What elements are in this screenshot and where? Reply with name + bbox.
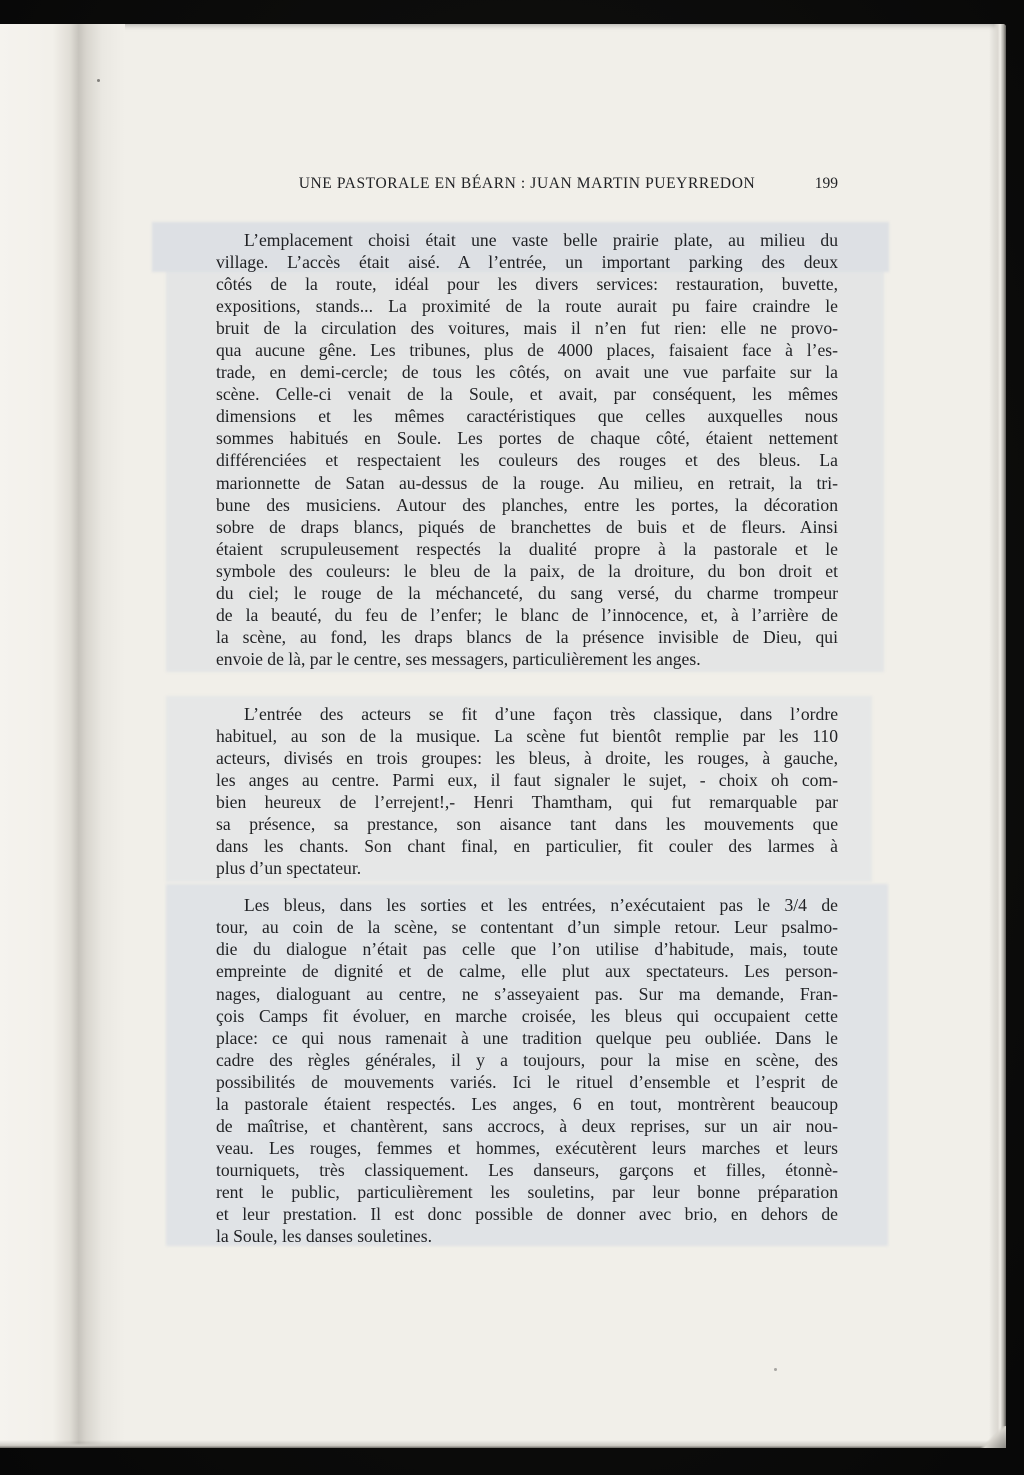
text-line: place: ce qui nous ramenait à une tradit… (216, 1027, 838, 1049)
text-line: dimensions et les mêmes caractéristiques… (216, 405, 838, 427)
text-line: du ciel; le rouge de la méchanceté, du s… (216, 582, 838, 604)
text-line: rent le public, particulièrement les sou… (216, 1181, 838, 1203)
text-line: çois Camps fit évoluer, en marche croisé… (216, 1005, 838, 1027)
text-line: symbole des couleurs: le bleu de la paix… (216, 560, 838, 582)
text-line: côtés de la route, idéal pour les divers… (216, 273, 838, 295)
text-line: bruit de la circulation des voitures, ma… (216, 317, 838, 339)
text-line: expositions, stands... La proximité de l… (216, 295, 838, 317)
text-line: de maîtrise, et chantèrent, sans accrocs… (216, 1115, 838, 1137)
text-line: dans les chants. Son chant final, en par… (216, 835, 838, 857)
text-line: Les bleus, dans les sorties et les entré… (216, 894, 838, 916)
text-line: village. L’accès était aisé. A l’entrée,… (216, 251, 838, 273)
text-line: la pastorale étaient respectés. Les ange… (216, 1093, 838, 1115)
text-line: la scène, au fond, les draps blancs de l… (216, 626, 838, 648)
text-line: et leur prestation. Il est donc possible… (216, 1203, 838, 1225)
text-line: envoie de là, par le centre, ses message… (216, 648, 838, 670)
text-line: sa présence, sa prestance, son aisance t… (216, 813, 838, 835)
paragraph: L’entrée des acteurs se fit d’une façon … (216, 703, 838, 879)
text-line: différenciées et respectaient les couleu… (216, 449, 838, 471)
text-line: bien heureux de l’errejent!,- Henri Tham… (216, 791, 838, 813)
text-line: sobre de draps blancs, piqués de branche… (216, 516, 838, 538)
text-line: veau. Les rouges, femmes et hommes, exéc… (216, 1137, 838, 1159)
paragraph: L’emplacement choisi était une vaste bel… (216, 229, 838, 670)
dust-speck (97, 79, 100, 82)
text-line: nages, dialoguant au centre, ne s’asseya… (216, 983, 838, 1005)
text-line: possibilités de mouvements variés. Ici l… (216, 1071, 838, 1093)
text-line: la Soule, les danses souletines. (216, 1225, 838, 1247)
text-line: empreinte de dignité et de calme, elle p… (216, 960, 838, 982)
text-line: cadre des règles générales, il y a toujo… (216, 1049, 838, 1071)
text-line: tour, au coin de la scène, se contentant… (216, 916, 838, 938)
text-line: acteurs, divisés en trois groupes: les b… (216, 747, 838, 769)
text-line: de la beauté, du feu de l’enfer; le blan… (216, 604, 838, 626)
dust-speck (774, 1368, 777, 1371)
text-line: plus d’un spectateur. (216, 857, 838, 879)
body-text: L’emplacement choisi était une vaste bel… (216, 229, 838, 1247)
text-line: habituel, au son de la musique. La scène… (216, 725, 838, 747)
text-line: bune des musiciens. Autour des planches,… (216, 494, 838, 516)
text-line: qua aucune gêne. Les tribunes, plus de 4… (216, 339, 838, 361)
running-header-title: UNE PASTORALE EN BÉARN : JUAN MARTIN PUE… (299, 175, 756, 192)
text-line: scène. Celle-ci venait de la Soule, et a… (216, 383, 838, 405)
text-line: étaient scrupuleusement respectés la dua… (216, 538, 838, 560)
paragraph: Les bleus, dans les sorties et les entré… (216, 894, 838, 1247)
running-header: UNE PASTORALE EN BÉARN : JUAN MARTIN PUE… (216, 175, 838, 197)
text-line: L’emplacement choisi était une vaste bel… (216, 229, 838, 251)
book-scan: UNE PASTORALE EN BÉARN : JUAN MARTIN PUE… (0, 0, 1024, 1475)
page-number: 199 (815, 175, 838, 193)
text-line: die du dialogue n’était pas celle que l’… (216, 938, 838, 960)
text-line: sommes habitués en Soule. Les portes de … (216, 427, 838, 449)
text-line: les anges au centre. Parmi eux, il faut … (216, 769, 838, 791)
text-line: tourniquets, très classiquement. Les dan… (216, 1159, 838, 1181)
text-line: marionnette de Satan au-dessus de la rou… (216, 472, 838, 494)
text-line: L’entrée des acteurs se fit d’une façon … (216, 703, 838, 725)
text-line: trade, en demi-cercle; de tous les côtés… (216, 361, 838, 383)
